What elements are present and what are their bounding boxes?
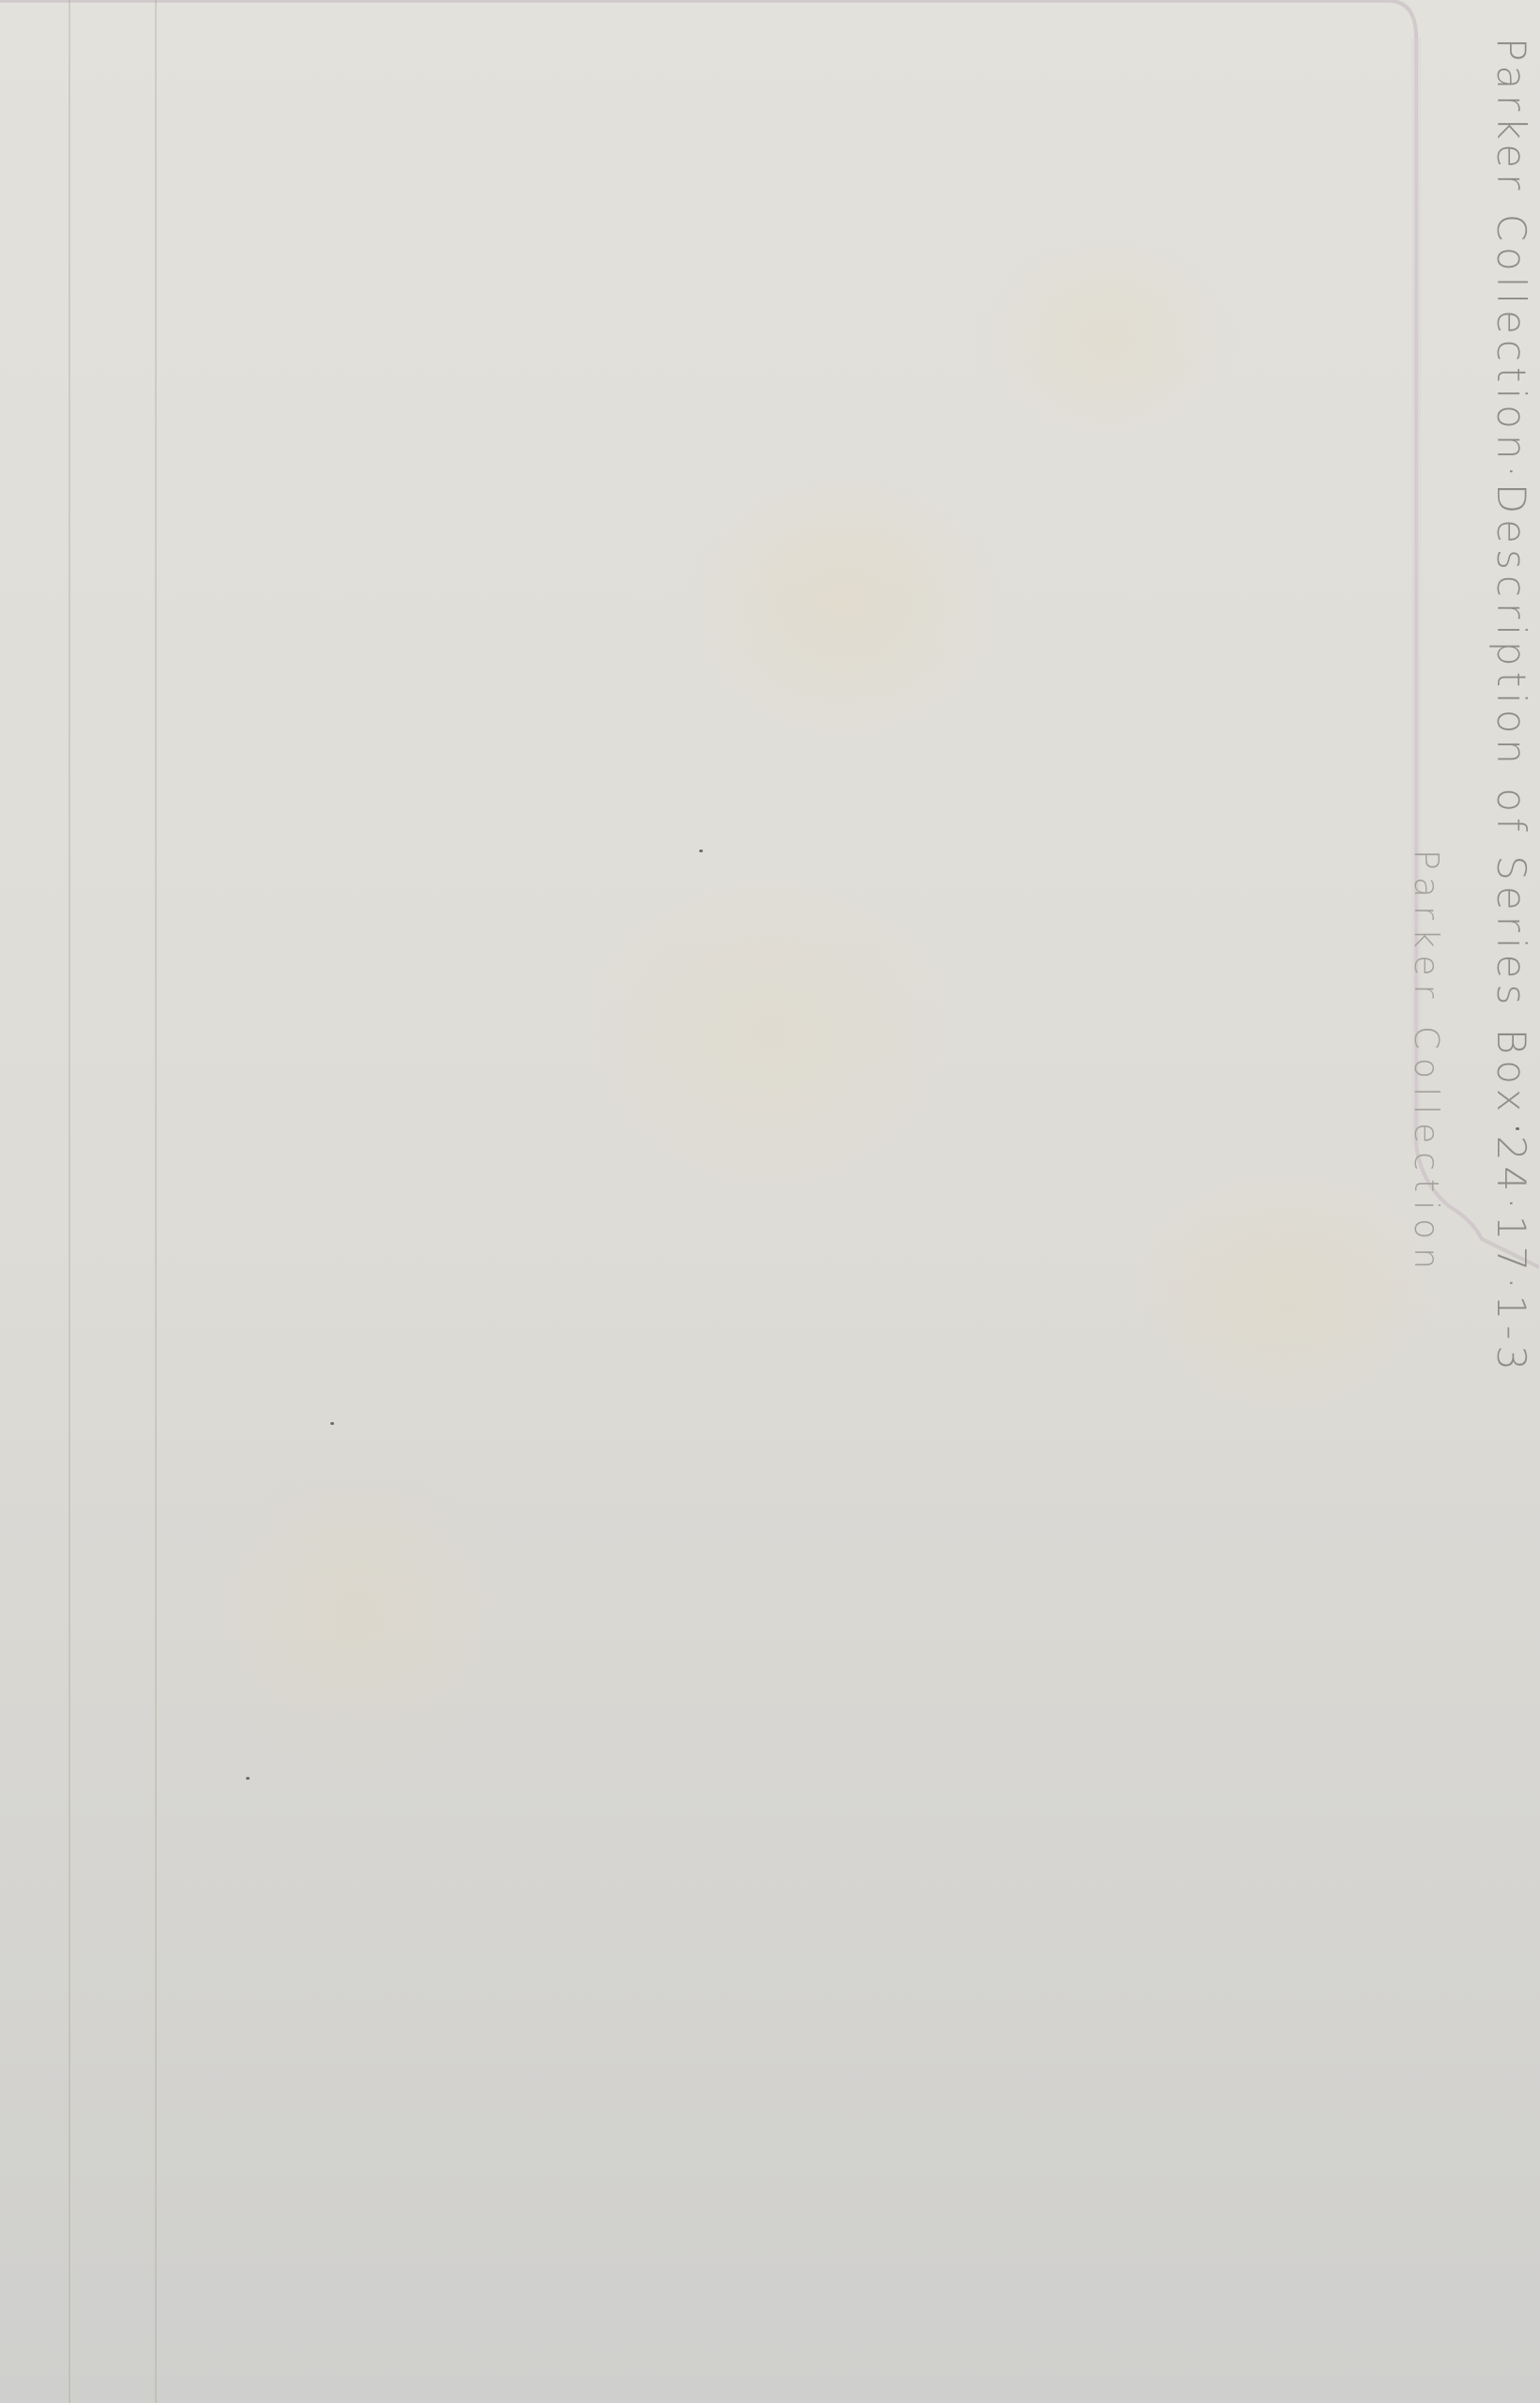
folder-front-leaf [0, 0, 1539, 2403]
paper-speck [246, 1777, 250, 1780]
tab-label-main: Parker Collection·Description of Series … [1488, 38, 1534, 1376]
folder-crease-line [155, 0, 157, 2403]
tab-label-inner: Parker Collection [1407, 849, 1445, 1278]
paper-speck [699, 849, 703, 852]
folder-crease-line [69, 0, 70, 2403]
paper-speck [1516, 1127, 1519, 1130]
paper-speck [330, 1422, 334, 1425]
